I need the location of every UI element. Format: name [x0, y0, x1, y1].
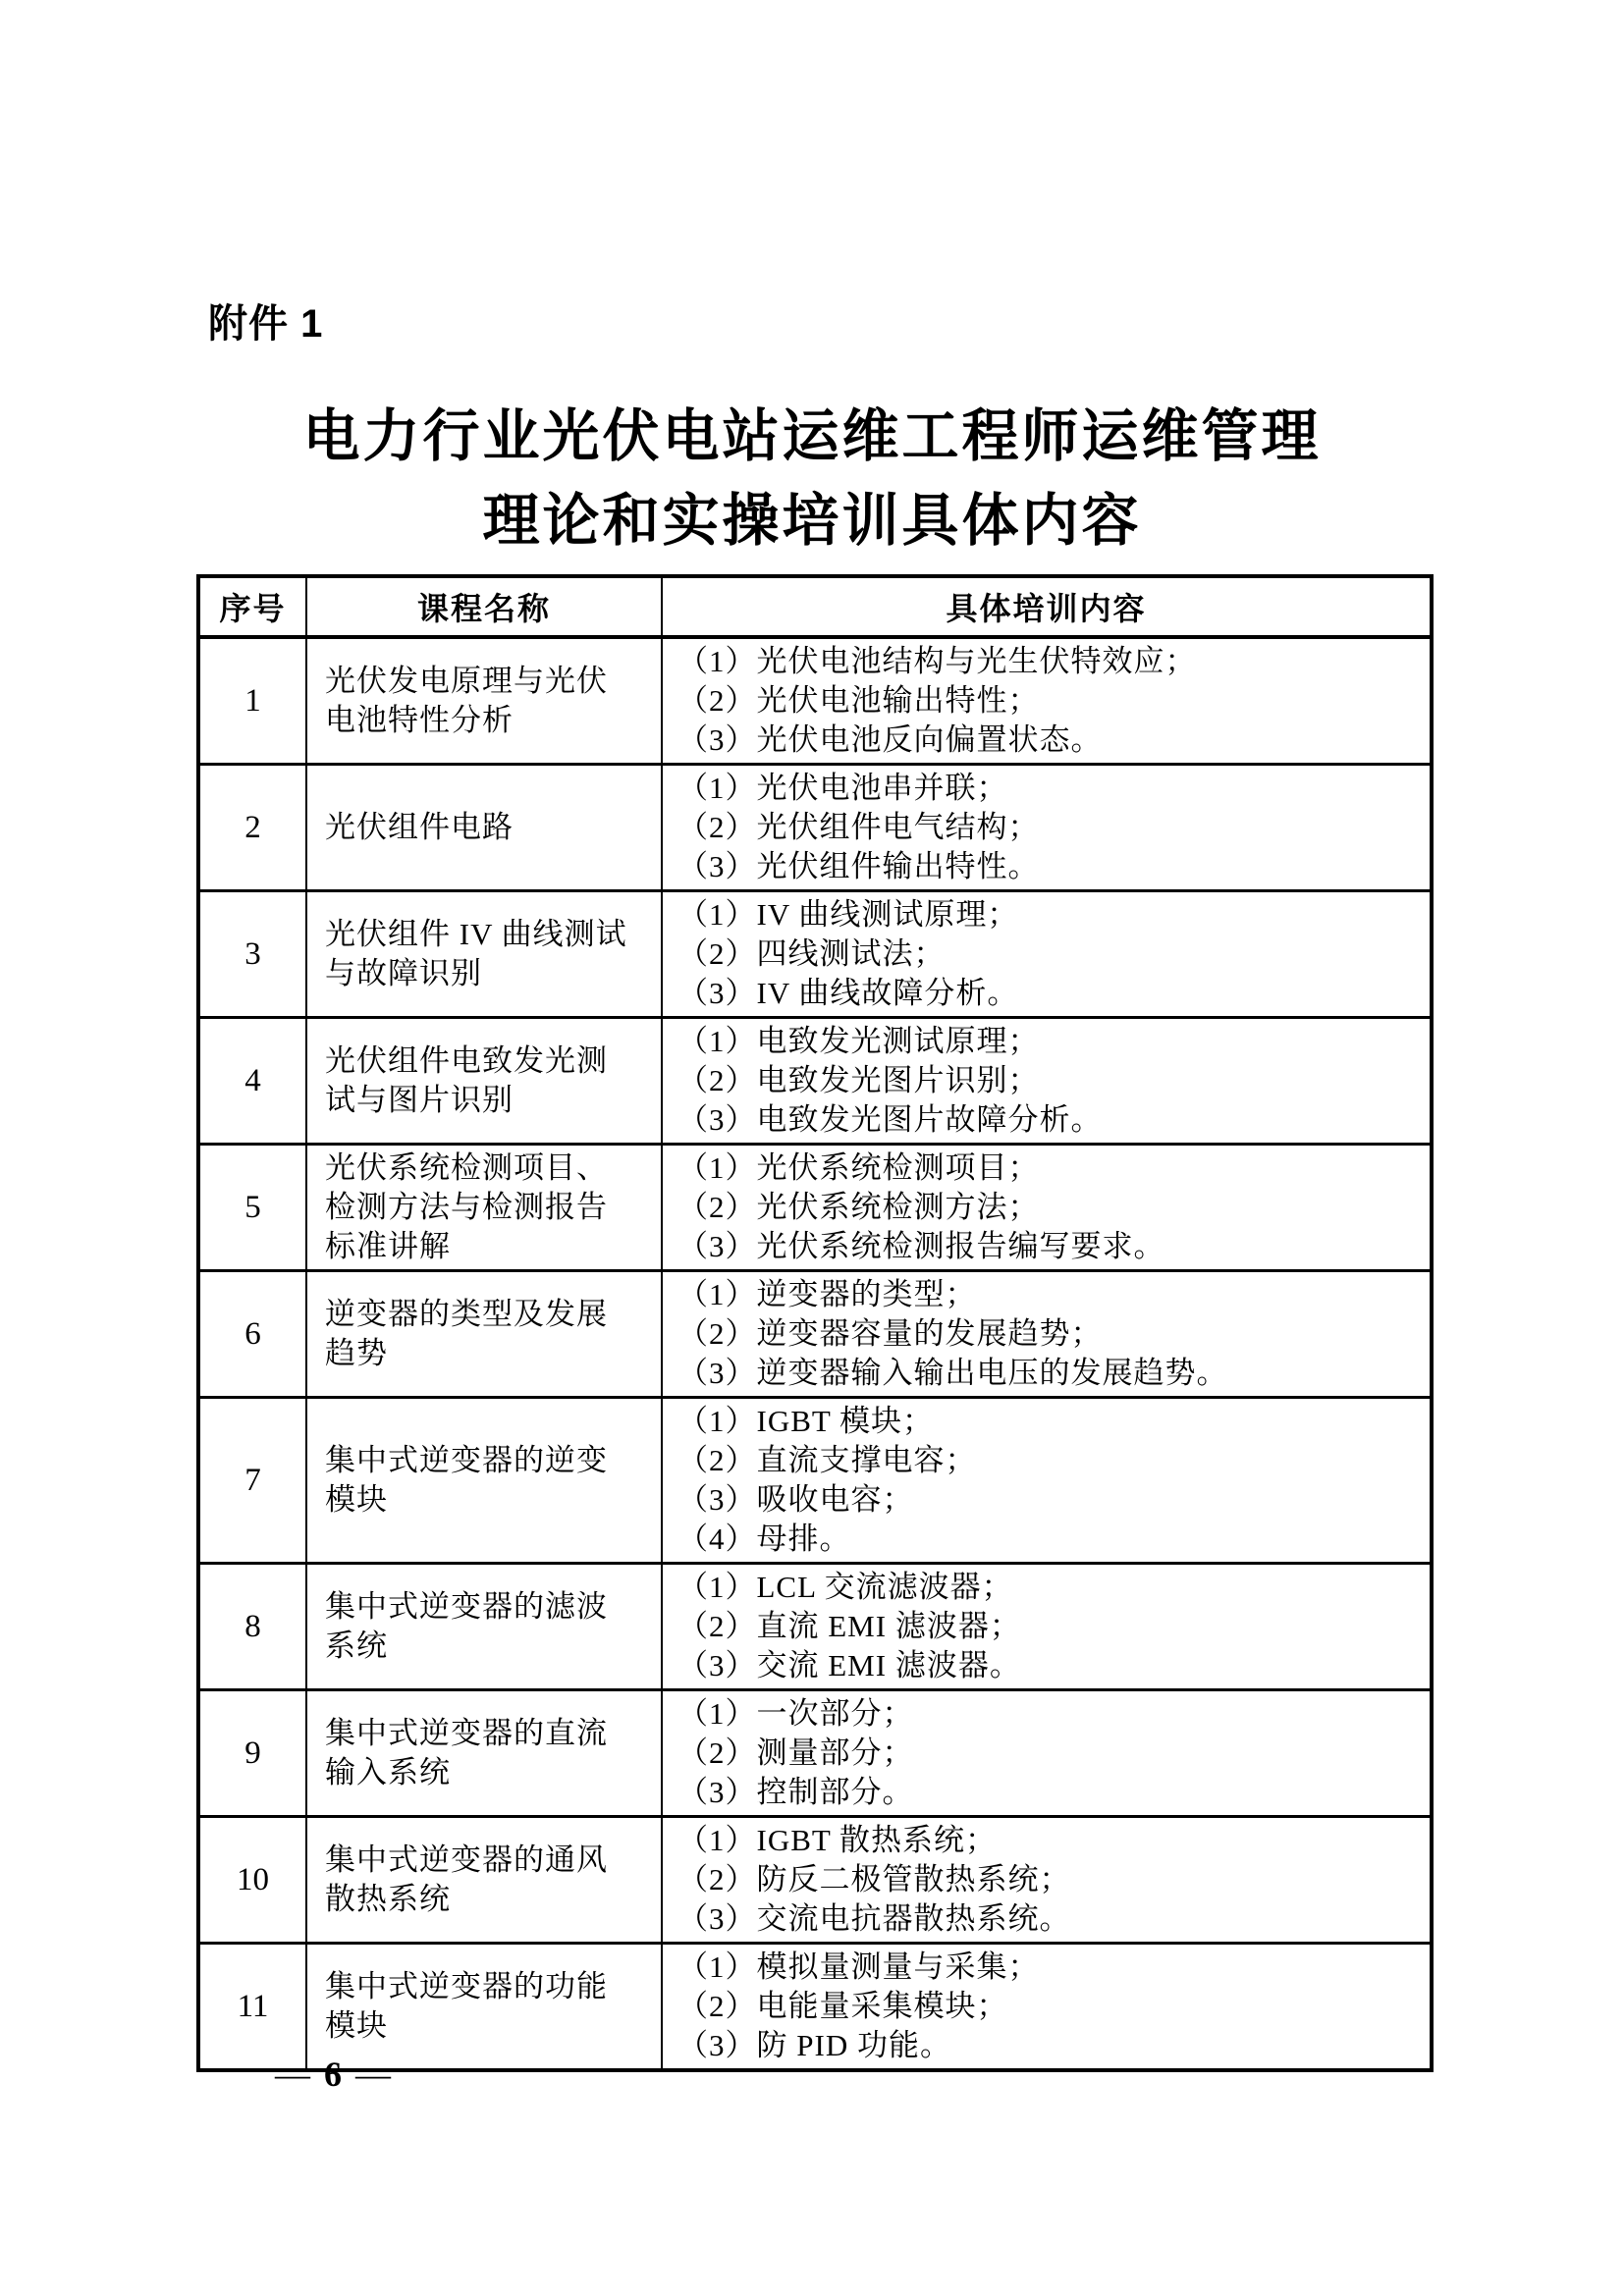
- course-name-cell: 集中式逆变器的通风散热系统: [306, 1817, 662, 1944]
- row-number-cell: 2: [198, 765, 306, 891]
- attachment-label: 附件 1: [208, 293, 323, 348]
- course-table-body: 1光伏发电原理与光伏电池特性分析（1）光伏电池结构与光生伏特效应；（2）光伏电池…: [198, 637, 1432, 2070]
- training-content-item: （2）光伏组件电气结构；: [677, 808, 1420, 847]
- row-number-cell: 11: [198, 1944, 306, 2071]
- course-name-cell: 光伏发电原理与光伏电池特性分析: [306, 637, 662, 765]
- training-content-item: （1）一次部分；: [677, 1694, 1420, 1734]
- training-content-item: （1）光伏系统检测项目；: [677, 1148, 1420, 1188]
- header-cell-number: 序号: [198, 576, 306, 637]
- table-row: 1光伏发电原理与光伏电池特性分析（1）光伏电池结构与光生伏特效应；（2）光伏电池…: [198, 637, 1432, 765]
- page-title: 电力行业光伏电站运维工程师运维管理 理论和实操培训具体内容: [0, 395, 1624, 563]
- course-name-cell: 集中式逆变器的功能模块: [306, 1944, 662, 2071]
- training-content-cell: （1）LCL 交流滤波器；（2）直流 EMI 滤波器；（3）交流 EMI 滤波器…: [662, 1564, 1432, 1690]
- training-content-item: （2）直流 EMI 滤波器；: [677, 1607, 1420, 1646]
- training-content-cell: （1）逆变器的类型；（2）逆变器容量的发展趋势；（3）逆变器输入输出电压的发展趋…: [662, 1271, 1432, 1398]
- row-number-cell: 8: [198, 1564, 306, 1690]
- table-row: 10集中式逆变器的通风散热系统（1）IGBT 散热系统；（2）防反二极管散热系统…: [198, 1817, 1432, 1944]
- page-title-line-1: 电力行业光伏电站运维工程师运维管理: [0, 395, 1624, 479]
- table-row: 3光伏组件 IV 曲线测试与故障识别（1）IV 曲线测试原理；（2）四线测试法；…: [198, 891, 1432, 1018]
- training-content-cell: （1）光伏电池串并联；（2）光伏组件电气结构；（3）光伏组件输出特性。: [662, 765, 1432, 891]
- training-content-item: （2）电致发光图片识别；: [677, 1061, 1420, 1100]
- table-row: 9集中式逆变器的直流输入系统（1）一次部分；（2）测量部分；（3）控制部分。: [198, 1690, 1432, 1817]
- training-content-item: （2）直流支撑电容；: [677, 1441, 1420, 1480]
- footer-page-number: 6: [310, 2055, 355, 2094]
- page-title-line-2: 理论和实操培训具体内容: [0, 479, 1624, 563]
- training-content-item: （1）IV 曲线测试原理；: [677, 895, 1420, 934]
- training-content-item: （1）逆变器的类型；: [677, 1275, 1420, 1314]
- course-table: 序号 课程名称 具体培训内容 1光伏发电原理与光伏电池特性分析（1）光伏电池结构…: [196, 574, 1434, 2072]
- course-name-cell: 逆变器的类型及发展趋势: [306, 1271, 662, 1398]
- training-content-cell: （1）电致发光测试原理；（2）电致发光图片识别；（3）电致发光图片故障分析。: [662, 1018, 1432, 1145]
- training-content-item: （2）电能量采集模块；: [677, 1987, 1420, 2026]
- training-content-item: （4）母排。: [677, 1520, 1420, 1559]
- row-number-cell: 5: [198, 1145, 306, 1271]
- footer-left-dash: —: [275, 2055, 310, 2094]
- table-header: 序号 课程名称 具体培训内容: [198, 576, 1432, 637]
- course-name-cell: 光伏组件电路: [306, 765, 662, 891]
- row-number-cell: 6: [198, 1271, 306, 1398]
- row-number-cell: 3: [198, 891, 306, 1018]
- training-content-item: （2）逆变器容量的发展趋势；: [677, 1314, 1420, 1354]
- row-number-cell: 7: [198, 1398, 306, 1564]
- table-row: 4光伏组件电致发光测试与图片识别（1）电致发光测试原理；（2）电致发光图片识别；…: [198, 1018, 1432, 1145]
- training-content-item: （3）光伏系统检测报告编写要求。: [677, 1227, 1420, 1266]
- training-content-cell: （1）光伏系统检测项目；（2）光伏系统检测方法；（3）光伏系统检测报告编写要求。: [662, 1145, 1432, 1271]
- table-row: 2光伏组件电路（1）光伏电池串并联；（2）光伏组件电气结构；（3）光伏组件输出特…: [198, 765, 1432, 891]
- training-content-item: （3）光伏组件输出特性。: [677, 847, 1420, 886]
- training-content-cell: （1）模拟量测量与采集；（2）电能量采集模块；（3）防 PID 功能。: [662, 1944, 1432, 2071]
- table-row: 7集中式逆变器的逆变模块（1）IGBT 模块；（2）直流支撑电容；（3）吸收电容…: [198, 1398, 1432, 1564]
- training-content-cell: （1）IV 曲线测试原理；（2）四线测试法；（3）IV 曲线故障分析。: [662, 891, 1432, 1018]
- row-number-cell: 9: [198, 1690, 306, 1817]
- table-row: 6逆变器的类型及发展趋势（1）逆变器的类型；（2）逆变器容量的发展趋势；（3）逆…: [198, 1271, 1432, 1398]
- training-content-item: （1）电致发光测试原理；: [677, 1022, 1420, 1061]
- course-name-cell: 光伏组件电致发光测试与图片识别: [306, 1018, 662, 1145]
- training-content-item: （3）电致发光图片故障分析。: [677, 1100, 1420, 1140]
- training-content-item: （2）四线测试法；: [677, 934, 1420, 974]
- training-content-item: （2）测量部分；: [677, 1734, 1420, 1773]
- training-content-item: （3）光伏电池反向偏置状态。: [677, 721, 1420, 760]
- footer-right-dash: —: [355, 2055, 391, 2094]
- training-content-item: （3）防 PID 功能。: [677, 2026, 1420, 2065]
- course-name-cell: 光伏组件 IV 曲线测试与故障识别: [306, 891, 662, 1018]
- training-content-item: （1）模拟量测量与采集；: [677, 1948, 1420, 1987]
- row-number-cell: 1: [198, 637, 306, 765]
- training-content-item: （1）IGBT 散热系统；: [677, 1821, 1420, 1860]
- row-number-cell: 4: [198, 1018, 306, 1145]
- training-content-cell: （1）IGBT 模块；（2）直流支撑电容；（3）吸收电容；（4）母排。: [662, 1398, 1432, 1564]
- header-cell-course-name: 课程名称: [306, 576, 662, 637]
- header-cell-training-content: 具体培训内容: [662, 576, 1432, 637]
- training-content-item: （2）光伏系统检测方法；: [677, 1188, 1420, 1227]
- table-row: 8集中式逆变器的滤波系统（1）LCL 交流滤波器；（2）直流 EMI 滤波器；（…: [198, 1564, 1432, 1690]
- training-content-item: （2）光伏电池输出特性；: [677, 681, 1420, 721]
- training-content-item: （2）防反二极管散热系统；: [677, 1860, 1420, 1899]
- training-content-item: （3）交流电抗器散热系统。: [677, 1899, 1420, 1939]
- training-content-cell: （1）一次部分；（2）测量部分；（3）控制部分。: [662, 1690, 1432, 1817]
- training-content-item: （3）吸收电容；: [677, 1480, 1420, 1520]
- training-content-cell: （1）IGBT 散热系统；（2）防反二极管散热系统；（3）交流电抗器散热系统。: [662, 1817, 1432, 1944]
- course-name-cell: 集中式逆变器的直流输入系统: [306, 1690, 662, 1817]
- training-content-item: （3）逆变器输入输出电压的发展趋势。: [677, 1354, 1420, 1393]
- training-content-item: （3）控制部分。: [677, 1773, 1420, 1812]
- page-footer: —6—: [275, 2054, 391, 2095]
- course-name-cell: 光伏系统检测项目、检测方法与检测报告标准讲解: [306, 1145, 662, 1271]
- training-content-cell: （1）光伏电池结构与光生伏特效应；（2）光伏电池输出特性；（3）光伏电池反向偏置…: [662, 637, 1432, 765]
- training-content-item: （1）IGBT 模块；: [677, 1402, 1420, 1441]
- table-row: 11集中式逆变器的功能模块（1）模拟量测量与采集；（2）电能量采集模块；（3）防…: [198, 1944, 1432, 2071]
- table-header-row: 序号 课程名称 具体培训内容: [198, 576, 1432, 637]
- table-row: 5光伏系统检测项目、检测方法与检测报告标准讲解（1）光伏系统检测项目；（2）光伏…: [198, 1145, 1432, 1271]
- course-name-cell: 集中式逆变器的逆变模块: [306, 1398, 662, 1564]
- row-number-cell: 10: [198, 1817, 306, 1944]
- training-content-item: （1）LCL 交流滤波器；: [677, 1568, 1420, 1607]
- training-content-item: （3）交流 EMI 滤波器。: [677, 1646, 1420, 1685]
- training-content-item: （3）IV 曲线故障分析。: [677, 974, 1420, 1013]
- document-page: 附件 1 电力行业光伏电站运维工程师运维管理 理论和实操培训具体内容 序号 课程…: [0, 0, 1624, 2296]
- training-content-item: （1）光伏电池结构与光生伏特效应；: [677, 642, 1420, 681]
- course-name-cell: 集中式逆变器的滤波系统: [306, 1564, 662, 1690]
- training-content-item: （1）光伏电池串并联；: [677, 769, 1420, 808]
